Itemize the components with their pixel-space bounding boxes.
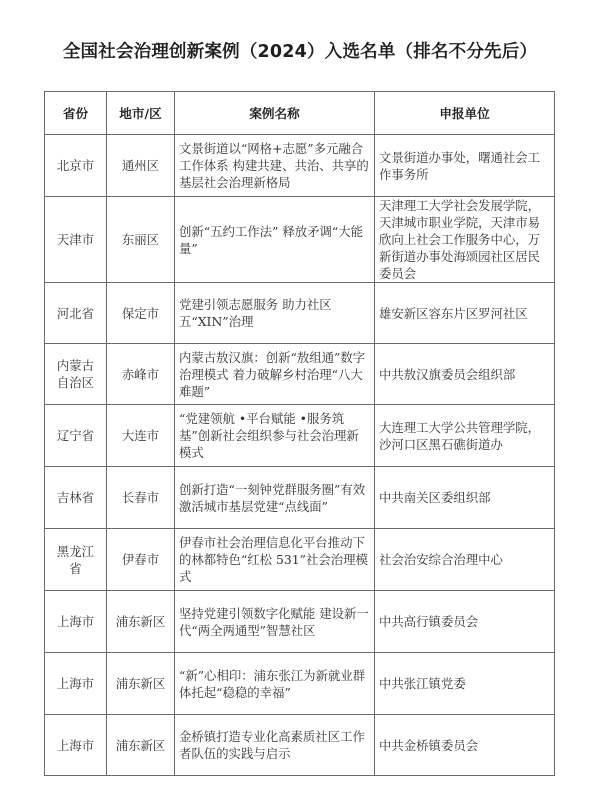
cell-case-name: 创新“五约工作法” 释放矛调“大能量” bbox=[175, 197, 375, 283]
cell-city: 大连市 bbox=[107, 405, 175, 467]
cell-case-name: “党建领航 •平台赋能 •服务筑基”创新社会组织参与社会治理新模式 bbox=[175, 405, 375, 467]
cell-city: 浦东新区 bbox=[107, 591, 175, 653]
cell-case-name: 文景街道以“网格+志愿”多元融合工作体系 构建共建、共治、共享的基层社会治理新格… bbox=[175, 135, 375, 197]
header-case-name: 案例名称 bbox=[175, 92, 375, 135]
table-row: 上海市浦东新区“新”心相印：浦东张江为新就业群体托起“稳稳的幸福”中共张江镇党委 bbox=[45, 653, 555, 715]
cell-applicant: 天津理工大学社会发展学院，天津城市职业学院，天津市易欣向上社会工作服务中心，万新… bbox=[375, 197, 555, 283]
cell-province: 黑龙江省 bbox=[45, 529, 107, 591]
cell-case-name: 金桥镇打造专业化高素质社区工作者队伍的实践与启示 bbox=[175, 715, 375, 776]
table-row: 黑龙江省伊春市伊春市社会治理信息化平台推动下的林都特色“红松 531”社会治理模… bbox=[45, 529, 555, 591]
cell-province: 内蒙古自治区 bbox=[45, 344, 107, 405]
cases-table: 省份 地市/区 案例名称 申报单位 北京市通州区文景街道以“网格+志愿”多元融合… bbox=[44, 91, 555, 776]
cell-city: 浦东新区 bbox=[107, 715, 175, 776]
cell-city: 长春市 bbox=[107, 467, 175, 529]
table-header-row: 省份 地市/区 案例名称 申报单位 bbox=[45, 92, 555, 135]
document-title: 全国社会治理创新案例（2024）入选名单（排名不分先后） bbox=[0, 38, 600, 63]
cell-applicant: 中共南关区委组织部 bbox=[375, 467, 555, 529]
cell-city: 浦东新区 bbox=[107, 653, 175, 715]
table-row: 上海市浦东新区金桥镇打造专业化高素质社区工作者队伍的实践与启示中共金桥镇委员会 bbox=[45, 715, 555, 776]
cell-province: 上海市 bbox=[45, 715, 107, 776]
cell-case-name: 坚持党建引领数字化赋能 建设新一代“两全两通型”智慧社区 bbox=[175, 591, 375, 653]
cell-applicant: 雄安新区容东片区罗河社区 bbox=[375, 283, 555, 344]
table-row: 河北省保定市党建引领志愿服务 助力社区五“XIN”治理雄安新区容东片区罗河社区 bbox=[45, 283, 555, 344]
cell-city: 东丽区 bbox=[107, 197, 175, 283]
cell-case-name: 伊春市社会治理信息化平台推动下的林都特色“红松 531”社会治理模式 bbox=[175, 529, 375, 591]
cell-city: 通州区 bbox=[107, 135, 175, 197]
table-row: 吉林省长春市创新打造“一刻钟党群服务圈”有效激活城市基层党建“点线面”中共南关区… bbox=[45, 467, 555, 529]
table-row: 辽宁省大连市“党建领航 •平台赋能 •服务筑基”创新社会组织参与社会治理新模式大… bbox=[45, 405, 555, 467]
table-row: 上海市浦东新区坚持党建引领数字化赋能 建设新一代“两全两通型”智慧社区中共高行镇… bbox=[45, 591, 555, 653]
cell-case-name: 内蒙古敖汉旗：创新“敖组通”数字治理模式 着力破解乡村治理“八大难题” bbox=[175, 344, 375, 405]
table-row: 天津市东丽区创新“五约工作法” 释放矛调“大能量”天津理工大学社会发展学院，天津… bbox=[45, 197, 555, 283]
header-province: 省份 bbox=[45, 92, 107, 135]
cell-province: 吉林省 bbox=[45, 467, 107, 529]
table-row: 北京市通州区文景街道以“网格+志愿”多元融合工作体系 构建共建、共治、共享的基层… bbox=[45, 135, 555, 197]
cell-city: 赤峰市 bbox=[107, 344, 175, 405]
cell-applicant: 中共金桥镇委员会 bbox=[375, 715, 555, 776]
cell-province: 北京市 bbox=[45, 135, 107, 197]
cell-applicant: 中共敖汉旗委员会组织部 bbox=[375, 344, 555, 405]
cell-case-name: 党建引领志愿服务 助力社区五“XIN”治理 bbox=[175, 283, 375, 344]
header-city: 地市/区 bbox=[107, 92, 175, 135]
table-row: 内蒙古自治区赤峰市内蒙古敖汉旗：创新“敖组通”数字治理模式 着力破解乡村治理“八… bbox=[45, 344, 555, 405]
cell-city: 保定市 bbox=[107, 283, 175, 344]
cell-province: 天津市 bbox=[45, 197, 107, 283]
cell-city: 伊春市 bbox=[107, 529, 175, 591]
cell-province: 辽宁省 bbox=[45, 405, 107, 467]
cell-province: 上海市 bbox=[45, 591, 107, 653]
header-applicant: 申报单位 bbox=[375, 92, 555, 135]
cell-applicant: 中共张江镇党委 bbox=[375, 653, 555, 715]
cell-province: 河北省 bbox=[45, 283, 107, 344]
cell-case-name: 创新打造“一刻钟党群服务圈”有效激活城市基层党建“点线面” bbox=[175, 467, 375, 529]
cell-applicant: 中共高行镇委员会 bbox=[375, 591, 555, 653]
cell-applicant: 大连理工大学公共管理学院，沙河口区黑石礁街道办 bbox=[375, 405, 555, 467]
cell-applicant: 社会治安综合治理中心 bbox=[375, 529, 555, 591]
cell-case-name: “新”心相印：浦东张江为新就业群体托起“稳稳的幸福” bbox=[175, 653, 375, 715]
cell-province: 上海市 bbox=[45, 653, 107, 715]
cell-applicant: 文景街道办事处，曙通社会工作事务所 bbox=[375, 135, 555, 197]
